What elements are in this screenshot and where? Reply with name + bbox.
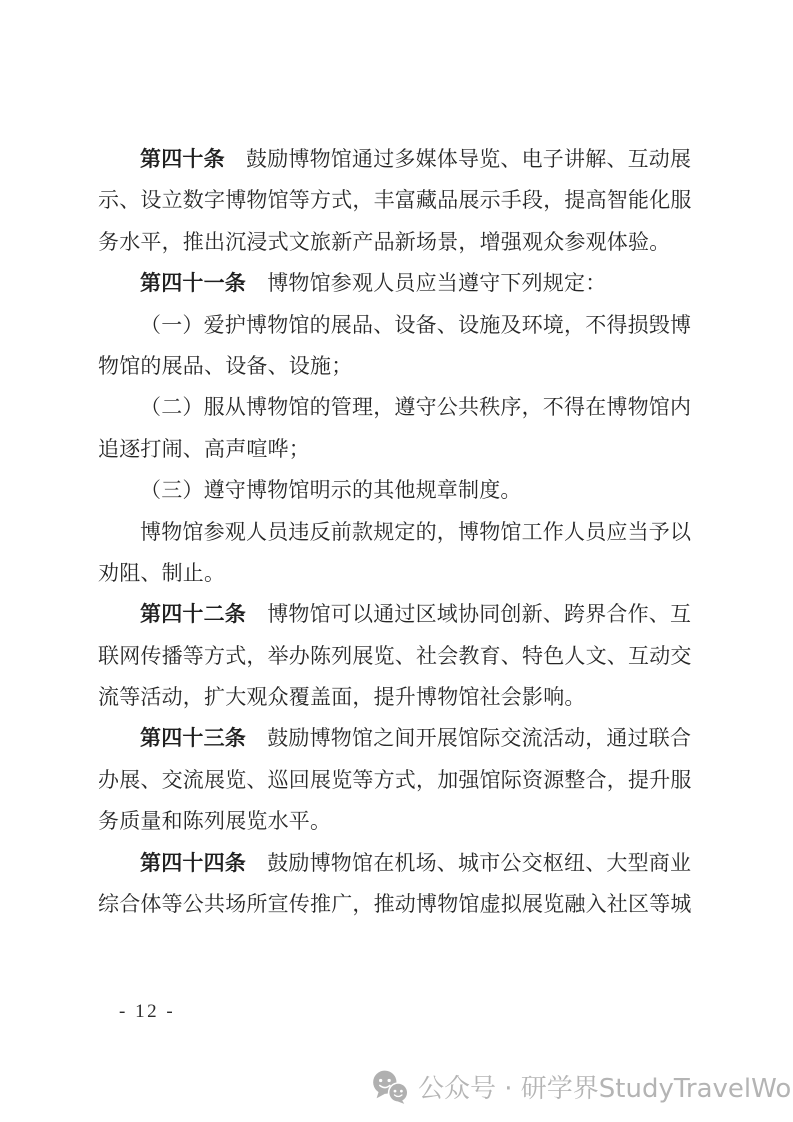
document-line: 追逐打闹、高声喧哗； <box>98 429 694 470</box>
line-text: 劝阻、制止。 <box>98 561 225 585</box>
document-line: 务水平，推出沉浸式文旅新产品新场景，增强观众参观体验。 <box>98 222 694 263</box>
document-line: 物馆的展品、设备、设施； <box>98 346 694 387</box>
line-text: 办展、交流展览、巡回展览等方式，加强馆际资源整合，提升服 <box>98 768 692 792</box>
line-text: 务水平，推出沉浸式文旅新产品新场景，增强观众参观体验。 <box>98 230 670 254</box>
line-text: （二）服从博物馆的管理，遵守公共秩序，不得在博物馆内 <box>140 395 691 419</box>
line-text: 流等活动，扩大观众覆盖面，提升博物馆社会影响。 <box>98 685 586 709</box>
line-text: 鼓励博物馆在机场、城市公交枢纽、大型商业 <box>246 851 691 875</box>
document-line: 第四十四条 鼓励博物馆在机场、城市公交枢纽、大型商业 <box>98 843 694 884</box>
line-text: 博物馆参观人员违反前款规定的，博物馆工作人员应当予以 <box>140 520 691 544</box>
document-line: 综合体等公共场所宣传推广，推动博物馆虚拟展览融入社区等城 <box>98 884 694 925</box>
document-line: 第四十条 鼓励博物馆通过多媒体导览、电子讲解、互动展 <box>98 139 694 180</box>
wechat-account-label: 公众号 · 研学界StudyTravelWorld <box>418 1068 793 1105</box>
line-text: 博物馆参观人员应当遵守下列规定： <box>246 271 606 295</box>
article-number: 第四十条 <box>140 148 225 171</box>
article-number: 第四十四条 <box>140 852 246 875</box>
line-text: 鼓励博物馆通过多媒体导览、电子讲解、互动展 <box>225 147 691 171</box>
document-line: 第四十三条 鼓励博物馆之间开展馆际交流活动，通过联合 <box>98 718 694 759</box>
line-text: 综合体等公共场所宣传推广，推动博物馆虚拟展览融入社区等城 <box>98 892 692 916</box>
article-number: 第四十一条 <box>140 272 246 295</box>
document-line: 务质量和陈列展览水平。 <box>98 801 694 842</box>
line-text: 博物馆可以通过区域协同创新、跨界合作、互 <box>246 602 691 626</box>
document-line: 第四十一条 博物馆参观人员应当遵守下列规定： <box>98 263 694 304</box>
document-line: 第四十二条 博物馆可以通过区域协同创新、跨界合作、互 <box>98 594 694 635</box>
document-line: 劝阻、制止。 <box>98 553 694 594</box>
document-line: 办展、交流展览、巡回展览等方式，加强馆际资源整合，提升服 <box>98 760 694 801</box>
document-line: 博物馆参观人员违反前款规定的，博物馆工作人员应当予以 <box>98 512 694 553</box>
document-line: （一）爱护博物馆的展品、设备、设施及环境，不得损毁博 <box>98 305 694 346</box>
wechat-icon <box>371 1069 409 1105</box>
document-line: （二）服从博物馆的管理，遵守公共秩序，不得在博物馆内 <box>98 387 694 428</box>
document-line: （三）遵守博物馆明示的其他规章制度。 <box>98 470 694 511</box>
line-text: 鼓励博物馆之间开展馆际交流活动，通过联合 <box>246 726 691 750</box>
page-number: - 12 - <box>119 1001 175 1023</box>
wechat-footer: 公众号 · 研学界StudyTravelWorld <box>371 1068 793 1105</box>
line-text: 务质量和陈列展览水平。 <box>98 809 331 833</box>
document-body: 第四十条 鼓励博物馆通过多媒体导览、电子讲解、互动展 示、设立数字博物馆等方式，… <box>98 139 694 925</box>
line-text: 联网传播等方式，举办陈列展览、社会教育、特色人文、互动交 <box>98 644 692 668</box>
document-line: 流等活动，扩大观众覆盖面，提升博物馆社会影响。 <box>98 677 694 718</box>
line-text: 物馆的展品、设备、设施； <box>98 354 352 378</box>
document-line: 示、设立数字博物馆等方式，丰富藏品展示手段，提高智能化服 <box>98 180 694 221</box>
line-text: 追逐打闹、高声喧哗； <box>98 437 310 461</box>
article-number: 第四十二条 <box>140 603 246 626</box>
line-text: （三）遵守博物馆明示的其他规章制度。 <box>140 478 522 502</box>
document-line: 联网传播等方式，举办陈列展览、社会教育、特色人文、互动交 <box>98 636 694 677</box>
document-page: 第四十条 鼓励博物馆通过多媒体导览、电子讲解、互动展 示、设立数字博物馆等方式，… <box>0 0 793 1122</box>
line-text: （一）爱护博物馆的展品、设备、设施及环境，不得损毁博 <box>140 313 691 337</box>
article-number: 第四十三条 <box>140 727 246 750</box>
line-text: 示、设立数字博物馆等方式，丰富藏品展示手段，提高智能化服 <box>98 188 692 212</box>
